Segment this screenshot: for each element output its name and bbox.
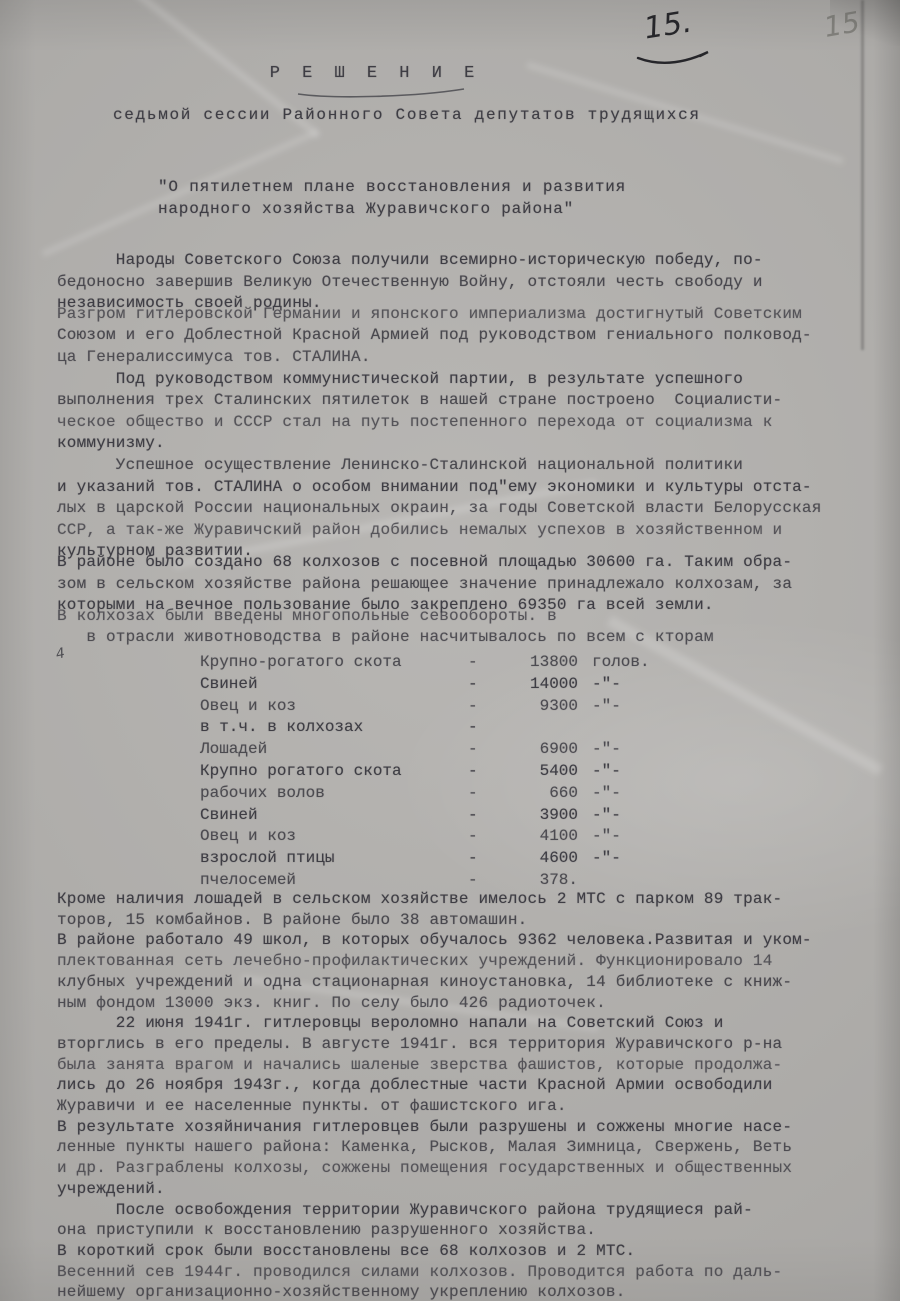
typed-line: лись до 26 ноября 1943г., когда доблестн…	[57, 1075, 883, 1096]
handwritten-page-number-ink: 15.	[642, 4, 695, 46]
dash-separator: -	[468, 805, 502, 827]
livestock-row: Свиней - 3900 -"-	[200, 805, 720, 827]
livestock-table: Крупно-рогатого скота - 13800 голов. Сви…	[200, 652, 720, 892]
subject-block: "О пятилетнем плане восстановления и раз…	[158, 176, 626, 220]
livestock-unit: -"-	[592, 805, 621, 827]
livestock-label: взрослой птицы	[200, 848, 468, 870]
subject-line: "О пятилетнем плане восстановления и раз…	[158, 176, 626, 198]
typed-line: бедоносно завершив Великую Отечественную…	[57, 272, 883, 294]
dash-separator: -	[468, 652, 502, 674]
livestock-unit: -"-	[592, 783, 621, 805]
livestock-unit: -"-	[592, 696, 621, 718]
livestock-unit: -"-	[592, 674, 621, 696]
typed-line: Журавичи и ее населенные пункты. от фаши…	[57, 1096, 883, 1117]
typed-line: После освобождения территории Журавичско…	[57, 1200, 883, 1221]
typed-line: Разгром гитлеровской Германии и японског…	[57, 304, 883, 326]
dash-separator: -	[468, 674, 502, 696]
livestock-row: взрослой птицы - 4600 -"-	[200, 848, 720, 870]
dash-separator: -	[468, 739, 502, 761]
livestock-unit: -"-	[592, 848, 621, 870]
dash-separator: -	[468, 717, 502, 739]
livestock-unit: голов.	[592, 652, 650, 674]
body-text-block-1: Народы Советского Союза получили всемирн…	[57, 250, 883, 649]
livestock-count: 4600	[502, 848, 578, 870]
typed-line: коммунизму.	[57, 433, 883, 455]
livestock-row: рабочих волов - 660 -"-	[200, 783, 720, 805]
typed-line: В районе работало 49 школ, в которых обу…	[57, 930, 883, 951]
livestock-count: 13800	[502, 652, 578, 674]
livestock-label: в т.ч. в колхозах	[200, 717, 468, 739]
livestock-label: Лошадей	[200, 739, 468, 761]
title-underline	[294, 86, 469, 100]
livestock-row: Крупно-рогатого скота - 13800 голов.	[200, 652, 720, 674]
typed-line: зом в сельском хозяйстве района решающее…	[57, 574, 883, 596]
dash-separator: -	[468, 696, 502, 718]
typed-line: вторглись в его пределы. В августе 1941г…	[57, 1034, 883, 1055]
typed-line: Народы Советского Союза получили всемирн…	[57, 250, 883, 272]
typed-line: В результате хозяйничания гитлеровцев бы…	[57, 1117, 883, 1138]
typed-line: В короткий срок были восстановлены все 6…	[57, 1241, 883, 1262]
livestock-row: Крупно рогатого скота - 5400 -"-	[200, 761, 720, 783]
typed-line: выполнения трех Сталинских пятилеток в н…	[57, 390, 883, 412]
typed-line: торов, 15 комбайнов. В районе было 38 ав…	[57, 910, 883, 931]
livestock-row: Овец и коз - 9300 -"-	[200, 696, 720, 718]
scanned-document-page: 15. 15 Р Е Ш Е Н И Е седьмой сессии Райо…	[0, 0, 900, 1301]
livestock-label: рабочих волов	[200, 783, 468, 805]
typed-line: лых в царской России национальных окраин…	[57, 498, 883, 520]
livestock-label: Овец и коз	[200, 826, 468, 848]
livestock-count	[502, 717, 578, 739]
subject-line: народного хозяйства Журавичского района"	[158, 198, 626, 220]
typed-line: ленные пункты нашего района: Каменка, Ры…	[57, 1137, 883, 1158]
handwritten-page-number-pencil: 15	[821, 5, 862, 44]
document-title: Р Е Ш Е Н И Е	[0, 64, 750, 83]
livestock-unit: -"-	[592, 739, 621, 761]
livestock-label: Крупно рогатого скота	[200, 761, 468, 783]
typed-line: и указаний тов. СТАЛИНА о особом внимани…	[57, 477, 883, 499]
typed-line: плектованная сеть лечебно-профилактическ…	[57, 951, 883, 972]
typed-line: ца Генералиссимуса тов. СТАЛИНА.	[57, 347, 883, 369]
livestock-unit: -"-	[592, 761, 621, 783]
typed-line: нейшему организационно-хозяйственному ук…	[57, 1282, 883, 1301]
typed-line: 22 июня 1941г. гитлеровцы вероломно напа…	[57, 1013, 883, 1034]
typed-line: Успешное осуществление Ленинско-Сталинск…	[57, 455, 883, 477]
livestock-row: Овец и коз - 4100 -"-	[200, 826, 720, 848]
livestock-label: Свиней	[200, 805, 468, 827]
typed-line: Весенний сев 1944г. проводился силами ко…	[57, 1262, 883, 1283]
livestock-count: 4100	[502, 826, 578, 848]
livestock-row: в т.ч. в колхозах -	[200, 717, 720, 739]
typed-line: она приступили к восстановлению разрушен…	[57, 1220, 883, 1241]
typed-line: клубных учреждений и одна стационарная к…	[57, 972, 883, 993]
livestock-count: 9300	[502, 696, 578, 718]
livestock-label: Крупно-рогатого скота	[200, 652, 468, 674]
typed-line: В районе было создано 68 колхозов с посе…	[57, 552, 883, 574]
body-text-block-2: Кроме наличия лошадей в сельском хозяйст…	[57, 889, 883, 1301]
typed-line: В колхозах были введены многопольные сев…	[57, 606, 883, 628]
livestock-count: 660	[502, 783, 578, 805]
typed-line: ным фондом 13000 экз. книг. По селу было…	[57, 993, 883, 1014]
session-subtitle: седьмой сессии Районного Совета депутато…	[113, 106, 701, 124]
typed-line: Под руководством коммунистической партии…	[57, 369, 883, 391]
livestock-row: Свиней - 14000 -"-	[200, 674, 720, 696]
livestock-count: 3900	[502, 805, 578, 827]
typed-line: Кроме наличия лошадей в сельском хозяйст…	[57, 889, 883, 910]
livestock-count: 6900	[502, 739, 578, 761]
livestock-unit: -"-	[592, 826, 621, 848]
livestock-count: 14000	[502, 674, 578, 696]
dash-separator: -	[468, 783, 502, 805]
typed-line: в отрасли животноводства в районе насчит…	[57, 627, 883, 649]
typed-line: была занята врагом и начались шаленые зв…	[57, 1055, 883, 1076]
typed-line: и др. Разграблены колхозы, сожжены помещ…	[57, 1158, 883, 1179]
dash-separator: -	[468, 761, 502, 783]
dash-separator: -	[468, 848, 502, 870]
dash-separator: -	[468, 826, 502, 848]
typed-line: ческое общество и СССР стал на путь пост…	[57, 412, 883, 434]
typed-line: Союзом и его Доблестной Красной Армией п…	[57, 325, 883, 347]
typed-line: учреждений.	[57, 1179, 883, 1200]
livestock-label: Овец и коз	[200, 696, 468, 718]
typed-line: ССР, а так-же Журавичский район добились…	[57, 520, 883, 542]
livestock-label: Свиней	[200, 674, 468, 696]
livestock-row: Лошадей - 6900 -"-	[200, 739, 720, 761]
livestock-count: 5400	[502, 761, 578, 783]
